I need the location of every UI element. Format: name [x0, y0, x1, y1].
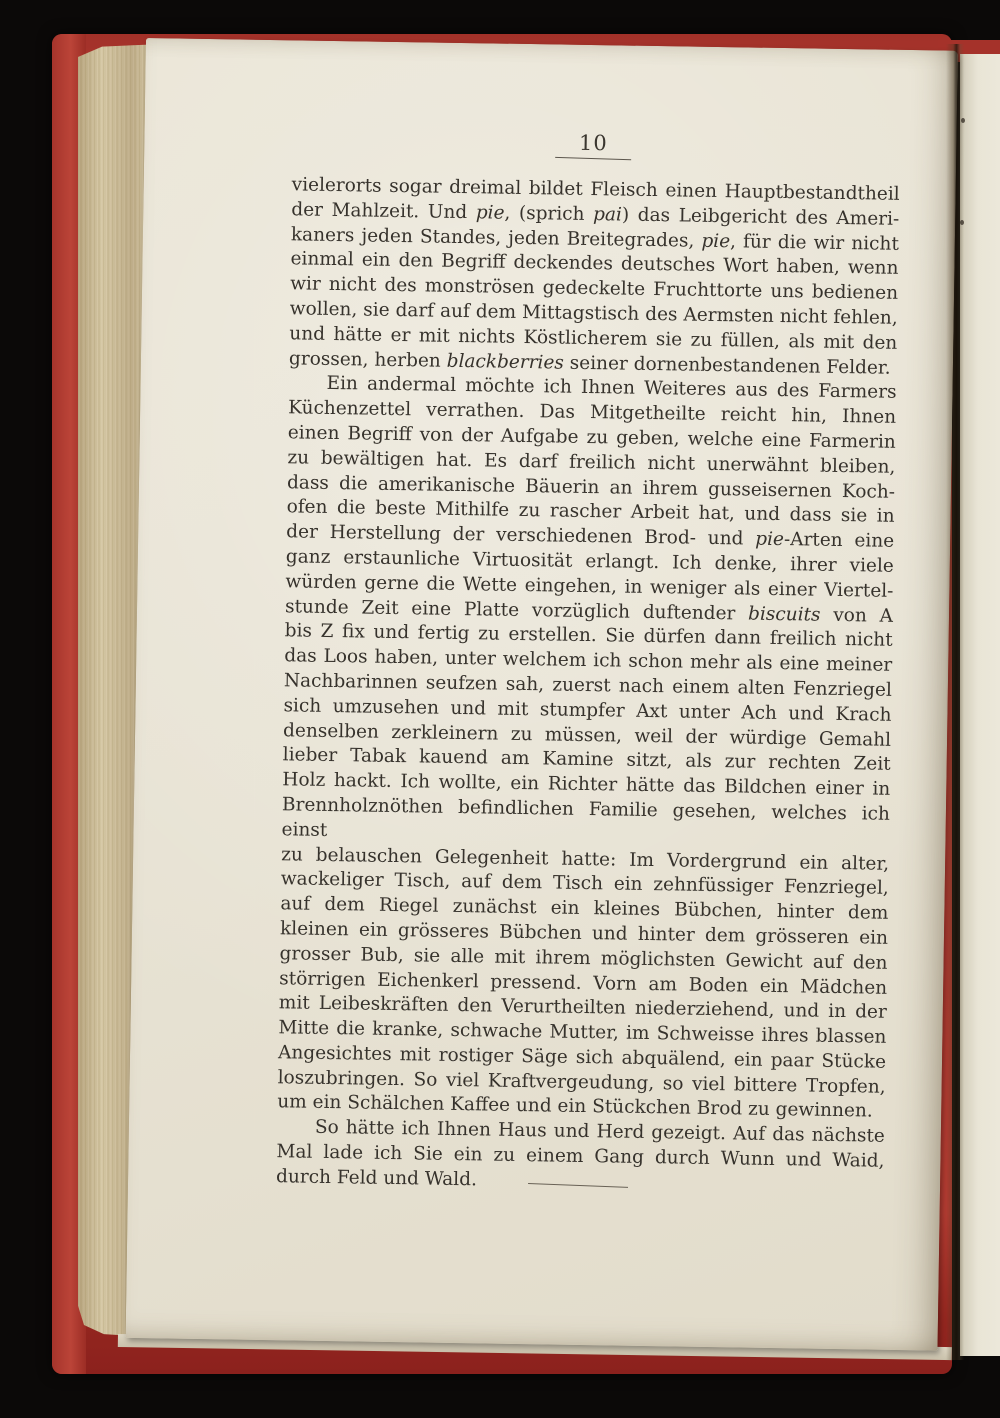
page-number: 10	[289, 126, 897, 160]
book-photograph: 10 vielerorts sogar dreimal bildet Fleis…	[0, 0, 1000, 1418]
gutter-shadow	[946, 44, 964, 1360]
page-text: vielerorts sogar dreimal bildet Fleisch …	[276, 173, 900, 1199]
book-page: 10 vielerorts sogar dreimal bildet Fleis…	[126, 38, 958, 1351]
page-number-rule	[555, 157, 631, 160]
ink-speck	[960, 220, 964, 225]
facing-page-sliver	[960, 54, 1000, 1356]
ink-speck	[961, 118, 965, 123]
page-number-block: 10	[289, 126, 897, 164]
